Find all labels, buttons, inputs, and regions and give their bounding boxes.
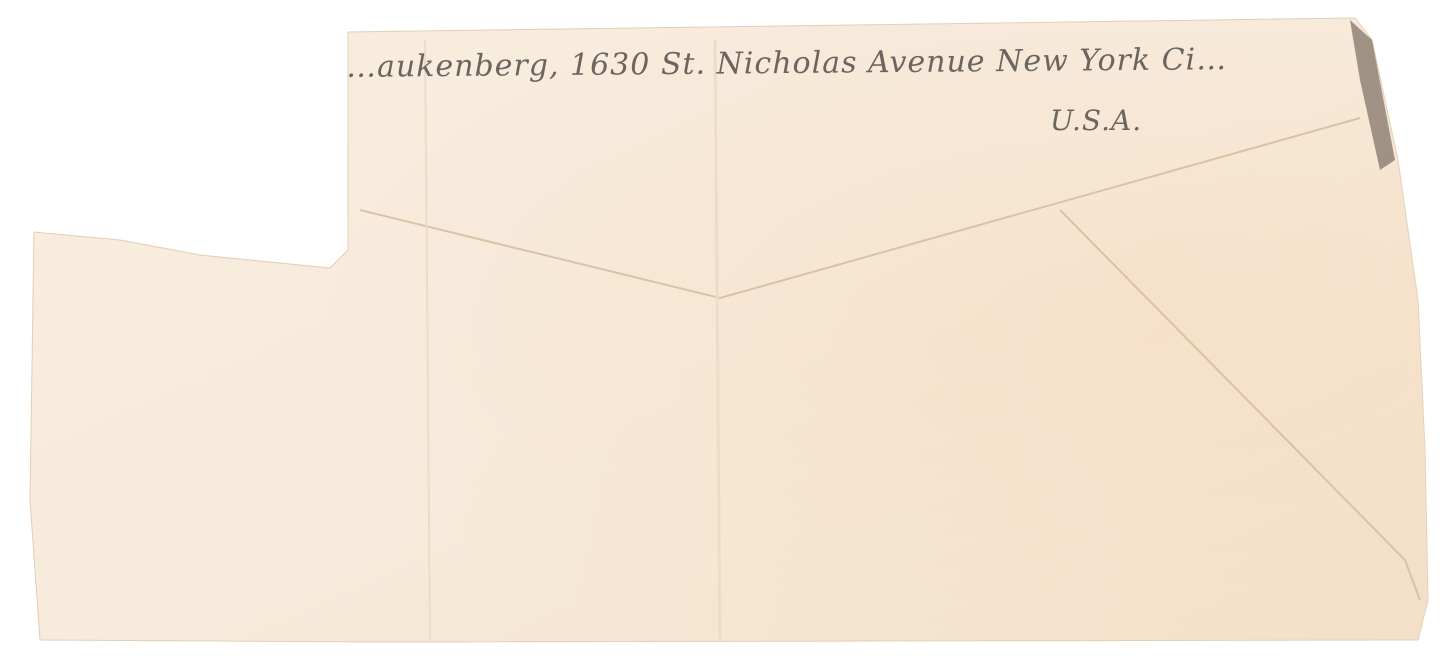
envelope-photo: …aukenberg, 1630 St. Nicholas Avenue New… [0,0,1440,659]
return-address-line2: U.S.A. [1050,104,1142,137]
envelope [0,0,1440,659]
